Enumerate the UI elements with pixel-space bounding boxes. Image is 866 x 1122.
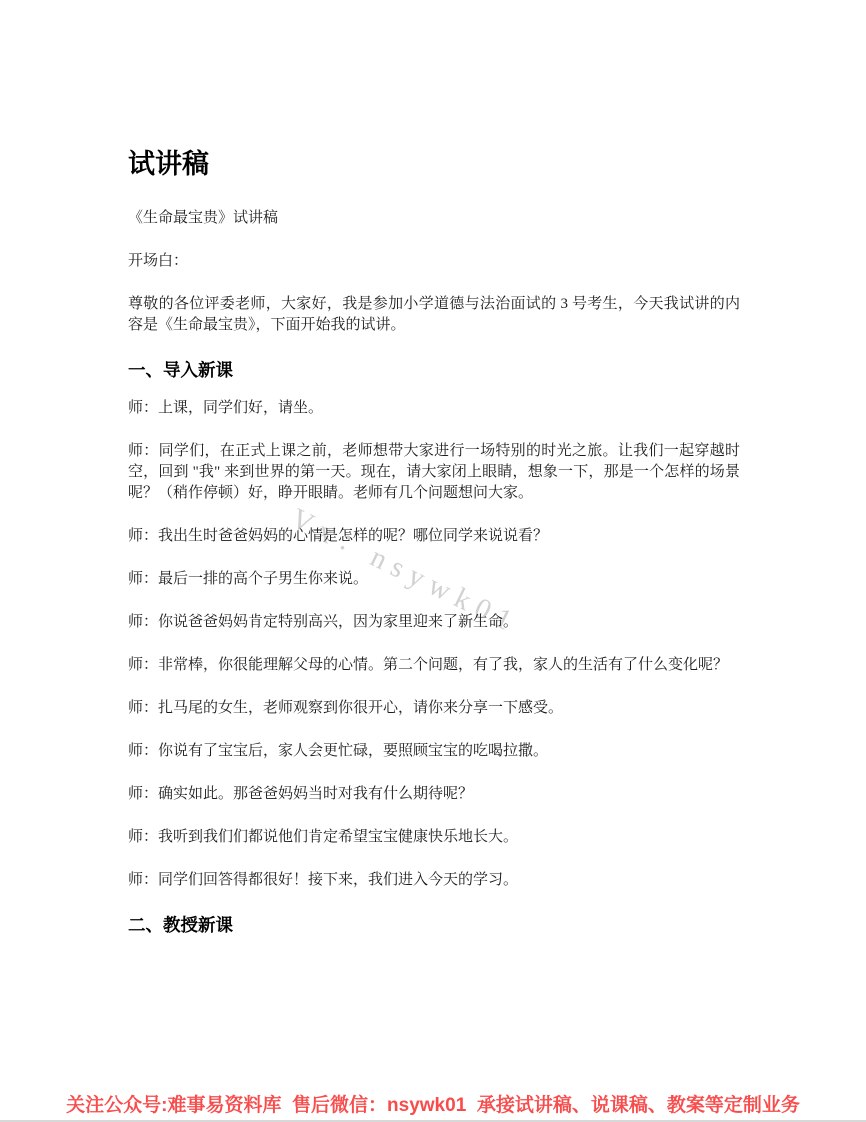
promo-footer-banner: 关注公众号:难事易资料库 售后微信：nsywk01 承接试讲稿、说课稿、教案等定… — [0, 1090, 866, 1117]
page-title: 试讲稿 — [128, 148, 740, 180]
document-content: 试讲稿 《生命最宝贵》试讲稿 开场白： 尊敬的各位评委老师，大家好，我是参加小学… — [128, 148, 740, 953]
dialogue-line: 师：上课，同学们好，请坐。 — [128, 398, 740, 419]
document-subtitle: 《生命最宝贵》试讲稿 — [128, 208, 740, 229]
document-page: Vx：nsywk01 试讲稿 《生命最宝贵》试讲稿 开场白： 尊敬的各位评委老师… — [0, 0, 866, 1122]
dialogue-line: 师：你说爸爸妈妈肯定特别高兴，因为家里迎来了新生命。 — [128, 612, 740, 633]
dialogue-line: 师：我听到我们们都说他们肯定希望宝宝健康快乐地长大。 — [128, 827, 740, 848]
section-heading-2: 二、教授新课 — [128, 913, 740, 937]
dialogue-line: 师：同学们回答得都很好！接下来，我们进入今天的学习。 — [128, 870, 740, 891]
opening-label: 开场白： — [128, 251, 740, 272]
dialogue-line: 师：最后一排的高个子男生你来说。 — [128, 569, 740, 590]
section-heading-1: 一、导入新课 — [128, 358, 740, 382]
dialogue-line: 师：确实如此。那爸爸妈妈当时对我有什么期待呢？ — [128, 784, 740, 805]
dialogue-line: 师：你说有了宝宝后，家人会更忙碌，要照顾宝宝的吃喝拉撒。 — [128, 741, 740, 762]
dialogue-line: 师：扎马尾的女生，老师观察到你很开心，请你来分享一下感受。 — [128, 698, 740, 719]
dialogue-line: 师：同学们，在正式上课之前，老师想带大家进行一场特别的时光之旅。让我们一起穿越时… — [128, 441, 740, 504]
dialogue-line: 师：我出生时爸爸妈妈的心情是怎样的呢？哪位同学来说说看？ — [128, 526, 740, 547]
dialogue-line: 师：非常棒，你很能理解父母的心情。第二个问题，有了我，家人的生活有了什么变化呢？ — [128, 655, 740, 676]
opening-paragraph: 尊敬的各位评委老师，大家好，我是参加小学道德与法治面试的 3 号考生，今天我试讲… — [128, 294, 740, 336]
